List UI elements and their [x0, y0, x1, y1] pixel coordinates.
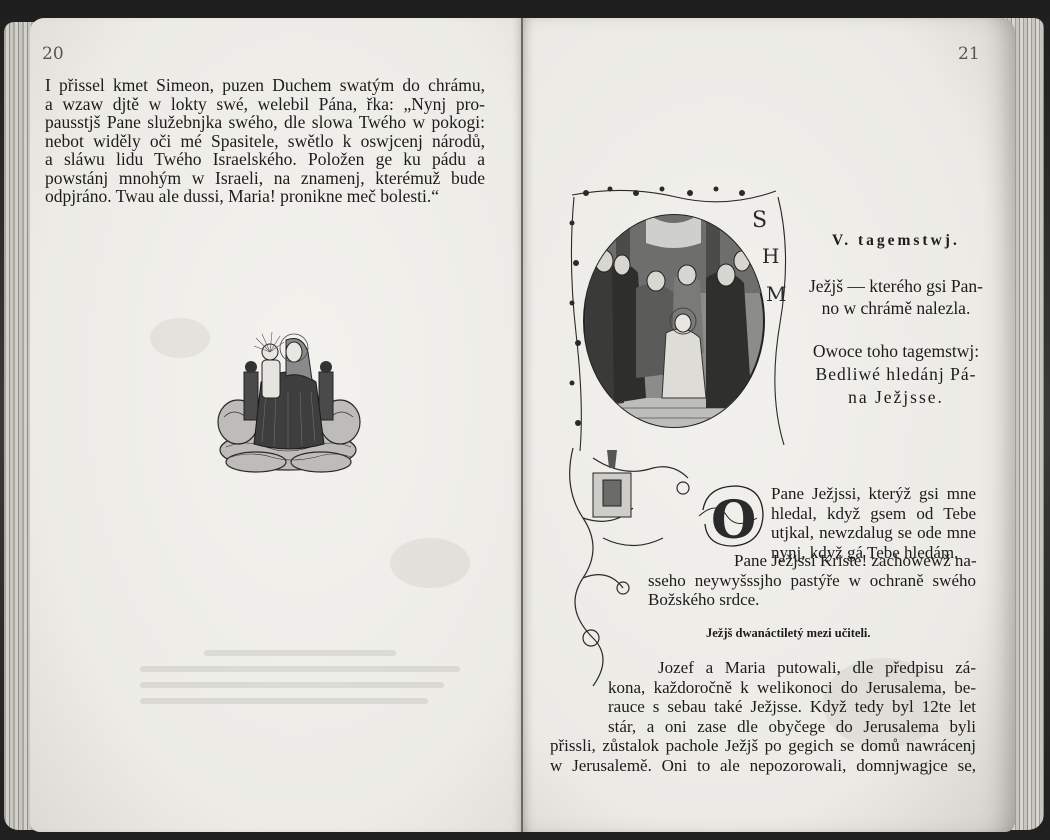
text-line: stár, a oni zase dle obyčege do Jerusale… — [550, 717, 976, 737]
text-line: Pane Ježjssi Kriste! zachowewž na- — [648, 551, 976, 571]
text-line: přissli, zůstalok pachole Ježjš po gegic… — [550, 736, 976, 756]
text-line: Pane Ježjssi, kterýž gsi mne — [771, 484, 976, 504]
section-subheading: Ježjš dwanáctiletý mezi učiteli. — [706, 626, 871, 641]
svg-text:M: M — [766, 282, 786, 306]
mystery-text: Ježjš — kterého gsi Pan- no w chrámě nal… — [796, 275, 996, 319]
text-line: nebot widěly oči mé Spasitele, swětlo k … — [45, 132, 485, 151]
simeon-paragraph: I přissel kmet Simeon, puzen Duchem swat… — [45, 76, 485, 206]
text-line: a wzaw djtě w lokty swé, welebil Pána, ř… — [45, 95, 485, 114]
story-paragraph: Jozef a Maria putowali, dle předpisu zá-… — [550, 658, 976, 775]
text-line: hledal, když gsem od Tebe — [771, 504, 976, 524]
text-line: Ježjš — kterého gsi Pan- — [796, 275, 996, 297]
text-line: odpjráno. Twau ale dussi, Maria! pronikn… — [45, 187, 485, 206]
madonna-illustration-icon — [216, 322, 361, 474]
text-line: no w chrámě nalezla. — [796, 297, 996, 319]
text-line: Owoce toho tagemstwj: — [796, 340, 996, 363]
prayer-continuation: Pane Ježjssi Kriste! zachowewž na- sseho… — [648, 551, 976, 610]
svg-text:H: H — [762, 244, 779, 268]
svg-text:O: O — [711, 490, 756, 551]
fruit-of-mystery-text: Owoce toho tagemstwj: Bedliwé hledánj Pá… — [796, 340, 996, 409]
text-line: w Jerusalemě. Oni to ale nepozorowali, d… — [550, 756, 976, 776]
text-line: I přissel kmet Simeon, puzen Duchem swat… — [45, 76, 485, 95]
bleed-through-text — [140, 640, 460, 760]
text-line: na Ježjsse. — [796, 386, 996, 409]
svg-text:S: S — [752, 208, 767, 233]
text-line: Jozef a Maria putowali, dle předpisu zá- — [550, 658, 976, 678]
text-line: utjkal, newzdalug se ode mne — [771, 523, 976, 543]
page-number-left: 20 — [42, 44, 64, 64]
temple-engraving-icon: S H M — [566, 183, 794, 453]
chapter-heading: V. tagemstwj. — [832, 232, 960, 250]
text-line: rauce s sebau také Ježjsse. Když tedy by… — [550, 697, 976, 717]
text-line: sseho neywyšssjho pastýře w ochraně swéh… — [648, 571, 976, 591]
text-line: pausstjš Pane služebnjka swého, dle slow… — [45, 113, 485, 132]
text-line: a sláwu lidu Twého Israelského. Položen … — [45, 150, 485, 169]
text-line: Bedliwé hledánj Pá- — [796, 363, 996, 386]
text-line: Božského srdce. — [648, 590, 976, 610]
text-line: kona, každoročně k welikonoci do Jerusal… — [550, 678, 976, 698]
page-number-right: 21 — [958, 44, 980, 64]
decorated-initial-o-icon: O — [697, 480, 769, 552]
text-line: powstánj mnohým w Israeli, na znamenj, k… — [45, 169, 485, 188]
